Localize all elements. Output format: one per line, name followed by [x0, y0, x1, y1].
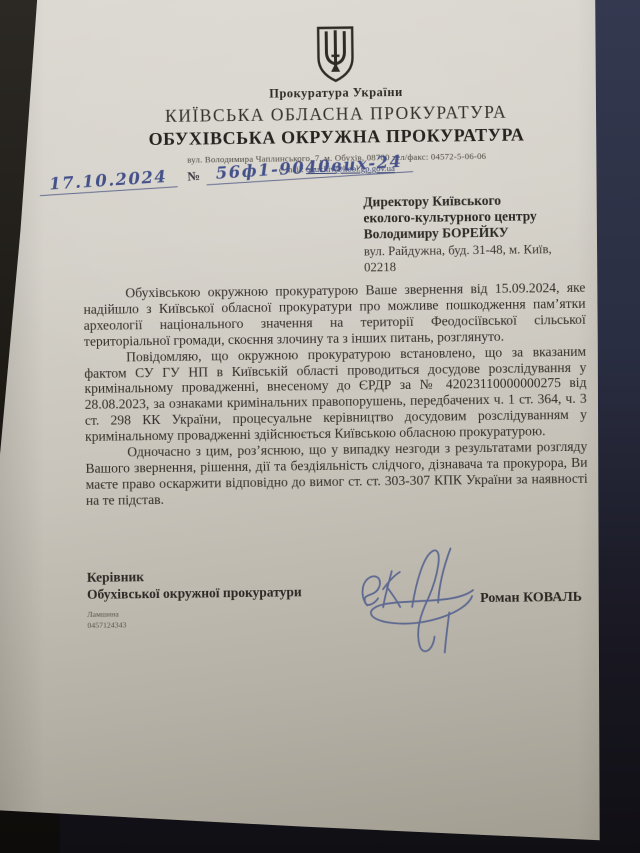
number-sign: № — [187, 169, 200, 184]
paragraph-3: Одночасно з цим, роз’яснюю, що у випадку… — [85, 439, 588, 509]
document-photo: Прокуратура України КИЇВСЬКА ОБЛАСНА ПРО… — [0, 0, 640, 853]
paragraph-1: Обухівською окружною прокуратурою Ваше з… — [83, 280, 586, 350]
letterhead: Прокуратура України КИЇВСЬКА ОБЛАСНА ПРО… — [55, 22, 617, 177]
org-name-local: ОБУХІВСЬКА ОКРУЖНА ПРОКУРАТУРА — [56, 123, 616, 151]
paragraph-2: Повідомляю, що окружною прокуратурою вст… — [84, 343, 587, 445]
signer-name: Роман КОВАЛЬ — [480, 590, 582, 607]
ukraine-trident-emblem-icon — [314, 26, 357, 85]
executor-phone: 0457124343 — [87, 619, 126, 630]
signature-block: Керівник Обухівської окружної прокуратур… — [87, 563, 597, 603]
addressee-postcode: 02218 — [364, 256, 594, 275]
paper-sheet: Прокуратура України КИЇВСЬКА ОБЛАСНА ПРО… — [0, 0, 640, 853]
letter-body: Обухівською окружною прокуратурою Ваше з… — [83, 280, 588, 509]
letter-content: Прокуратура України КИЇВСЬКА ОБЛАСНА ПРО… — [0, 0, 640, 853]
executor-note: Ламшина 0457124343 — [87, 608, 126, 630]
handwritten-signature — [352, 540, 485, 664]
addressee-block: Директору Київського еколого-культурного… — [363, 192, 594, 276]
executor-name: Ламшина — [87, 608, 126, 619]
